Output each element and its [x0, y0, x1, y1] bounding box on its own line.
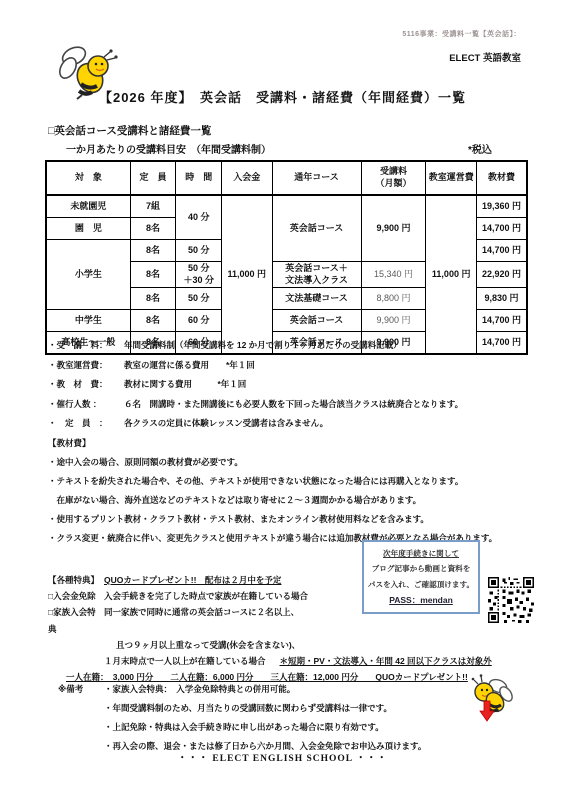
material-line: ・使用するプリント教材・クラフト教材・テスト教材、またオンライン教材使用料などを…: [48, 510, 548, 529]
cell-capacity: 8名: [130, 288, 176, 310]
doc-tag: 5116事業：受講料一覧【英会話】：: [402, 29, 521, 39]
qr-code: [488, 577, 534, 623]
table-header-row: 対 象 定 員 時 間 入会金 通年コース 受講料 （月額） 教室運営費 教材費: [46, 161, 527, 195]
section-subheading: 一か月あたりの受講料目安 （年間受講料制）: [66, 141, 271, 156]
cell-time: 60 分: [176, 310, 222, 332]
col-operation: 教室運営費: [426, 161, 477, 195]
table-row: 未就園児 7組 40 分 11,000 円 英会話コース 9,900 円 11,…: [46, 195, 527, 218]
col-time: 時 間: [176, 161, 222, 195]
cell-target: 未就園児: [46, 195, 130, 218]
school-footer: ・・・ ELECT ENGLISH SCHOOL ・・・: [0, 750, 565, 764]
cell-operation-fee: 11,000 円: [426, 195, 477, 354]
cell-course: 文法基礎コース: [272, 288, 361, 310]
material-heading: 【教材費】: [48, 434, 548, 453]
cell-capacity: 8名: [130, 218, 176, 240]
note-item: ・教室運営費： 教室の運営に係る費用 *年１回: [48, 359, 538, 371]
cell-material: 14,700 円: [476, 218, 527, 240]
cell-fee: 9,900 円: [361, 195, 426, 262]
org-name: ELECT 英語教室: [449, 50, 521, 64]
col-capacity: 定 員: [130, 161, 176, 195]
material-line: 在庫がない場合、海外直送などのテキストなどは取り寄せに２～３週間かかる場合があり…: [48, 491, 548, 510]
cell-material: 14,700 円: [476, 310, 527, 332]
cell-material: 22,920 円: [476, 262, 527, 288]
cell-capacity: 8名: [130, 310, 176, 332]
quo-campaign-line: QUOカードプレゼント!! 配布は２月中を予定: [104, 572, 281, 588]
cell-course: 英会話コース＋ 文法導入クラス: [272, 262, 361, 288]
benefit-row: 且つ９ヶ月以上重なって受講(休会を含まない)、: [116, 637, 548, 653]
cell-target: 小学生: [46, 240, 130, 310]
info-box-title: 次年度手続きに関して: [367, 548, 475, 559]
next-year-info-box: 次年度手続きに関して ブログ記事から動画と資料を パスを入れ、ご確認頂けます。 …: [362, 540, 480, 614]
cell-fee: 8,800 円: [361, 288, 426, 310]
page-title: 【2026 年度】 英会話 受講料・諸経費（年間経費）一覧: [0, 87, 565, 106]
cell-admission-fee: 11,000 円: [222, 195, 273, 354]
fee-notes: ・受 講 料： 年間受講料制（年間受講料を 12 か月で割り１ヶ月あたりの受講料…: [48, 339, 538, 437]
remarks-section: ※備考 ・家族入会特典： 入学金免除特典との併用可能。 ・年間受講料制のため、月…: [58, 680, 528, 756]
note-item: ・ 定 員 ： 各クラスの定員に体験レッスン受講者は含みません。: [48, 417, 538, 429]
benefit-row: １月末時点で一人以上が在籍している場合 ＊短期・PV・文法導入・年間 42 回以…: [104, 653, 548, 669]
section-heading: □英会話コース受講料と諸経費一覧: [48, 123, 211, 138]
document-page: 5116事業：受講料一覧【英会話】： ELECT 英語教室 【2026 年度】 …: [0, 0, 565, 800]
remark-row: ・年間受講料制のため、月当たりの受講回数に関わらず受講料は一律です。: [58, 699, 528, 718]
col-material: 教材費: [476, 161, 527, 195]
cell-capacity: 8名: [130, 240, 176, 262]
cell-fee: 9,900 円: [361, 310, 426, 332]
cell-material: 19,360 円: [476, 195, 527, 218]
pass-code: PASS：mendan: [367, 594, 475, 606]
tax-note: *税込: [468, 141, 492, 156]
cell-capacity: 8名: [130, 262, 176, 288]
col-fee: 受講料 （月額）: [361, 161, 426, 195]
exclusion-note: ＊短期・PV・文法導入・年間 42 回以下クラスは対象外: [280, 653, 492, 669]
fee-table: 対 象 定 員 時 間 入会金 通年コース 受講料 （月額） 教室運営費 教材費…: [45, 160, 528, 355]
remark-row: ・上記免除・特典は入会手続き時に申し出があった場合に限り有効です。: [58, 718, 528, 737]
cell-capacity: 7組: [130, 195, 176, 218]
col-target: 対 象: [46, 161, 130, 195]
cell-time: 50 分 ＋30 分: [176, 262, 222, 288]
cell-time: 50 分: [176, 288, 222, 310]
note-item: ・受 講 料： 年間受講料制（年間受講料を 12 か月で割り１ヶ月あたりの受講料…: [48, 339, 538, 351]
cell-target: 中学生: [46, 310, 130, 332]
note-item: ・催行人数 ： ６名 開講時・また開講後にも必要人数を下回った場合該当クラスは統…: [48, 398, 538, 410]
material-line: ・テキストを紛失された場合や、その他、テキストが使用できない状態になった場合には…: [48, 472, 548, 491]
cell-course: 英会話コース: [272, 310, 361, 332]
cell-target: 園 児: [46, 218, 130, 240]
note-item: ・教 材 費： 教材に関する費用 *年１回: [48, 378, 538, 390]
col-admission: 入会金: [222, 161, 273, 195]
cell-material: 9,830 円: [476, 288, 527, 310]
benefits-heading: 【各種特典】: [48, 572, 104, 588]
bee-arrow-icon: [460, 674, 518, 726]
col-course: 通年コース: [272, 161, 361, 195]
remarks-label: ※備考: [58, 680, 104, 699]
cell-material: 14,700 円: [476, 240, 527, 262]
cell-fee: 15,340 円: [361, 262, 426, 288]
cell-course: 英会話コース: [272, 195, 361, 262]
cell-time: 40 分: [176, 195, 222, 240]
remark-row: ※備考 ・家族入会特典： 入学金免除特典との併用可能。: [58, 680, 528, 699]
material-fee-section: 【教材費】 ・途中入会の場合、原則同額の教材費が必要です。 ・テキストを紛失され…: [48, 434, 548, 548]
cell-time: 50 分: [176, 240, 222, 262]
material-line: ・途中入会の場合、原則同額の教材費が必要です。: [48, 453, 548, 472]
